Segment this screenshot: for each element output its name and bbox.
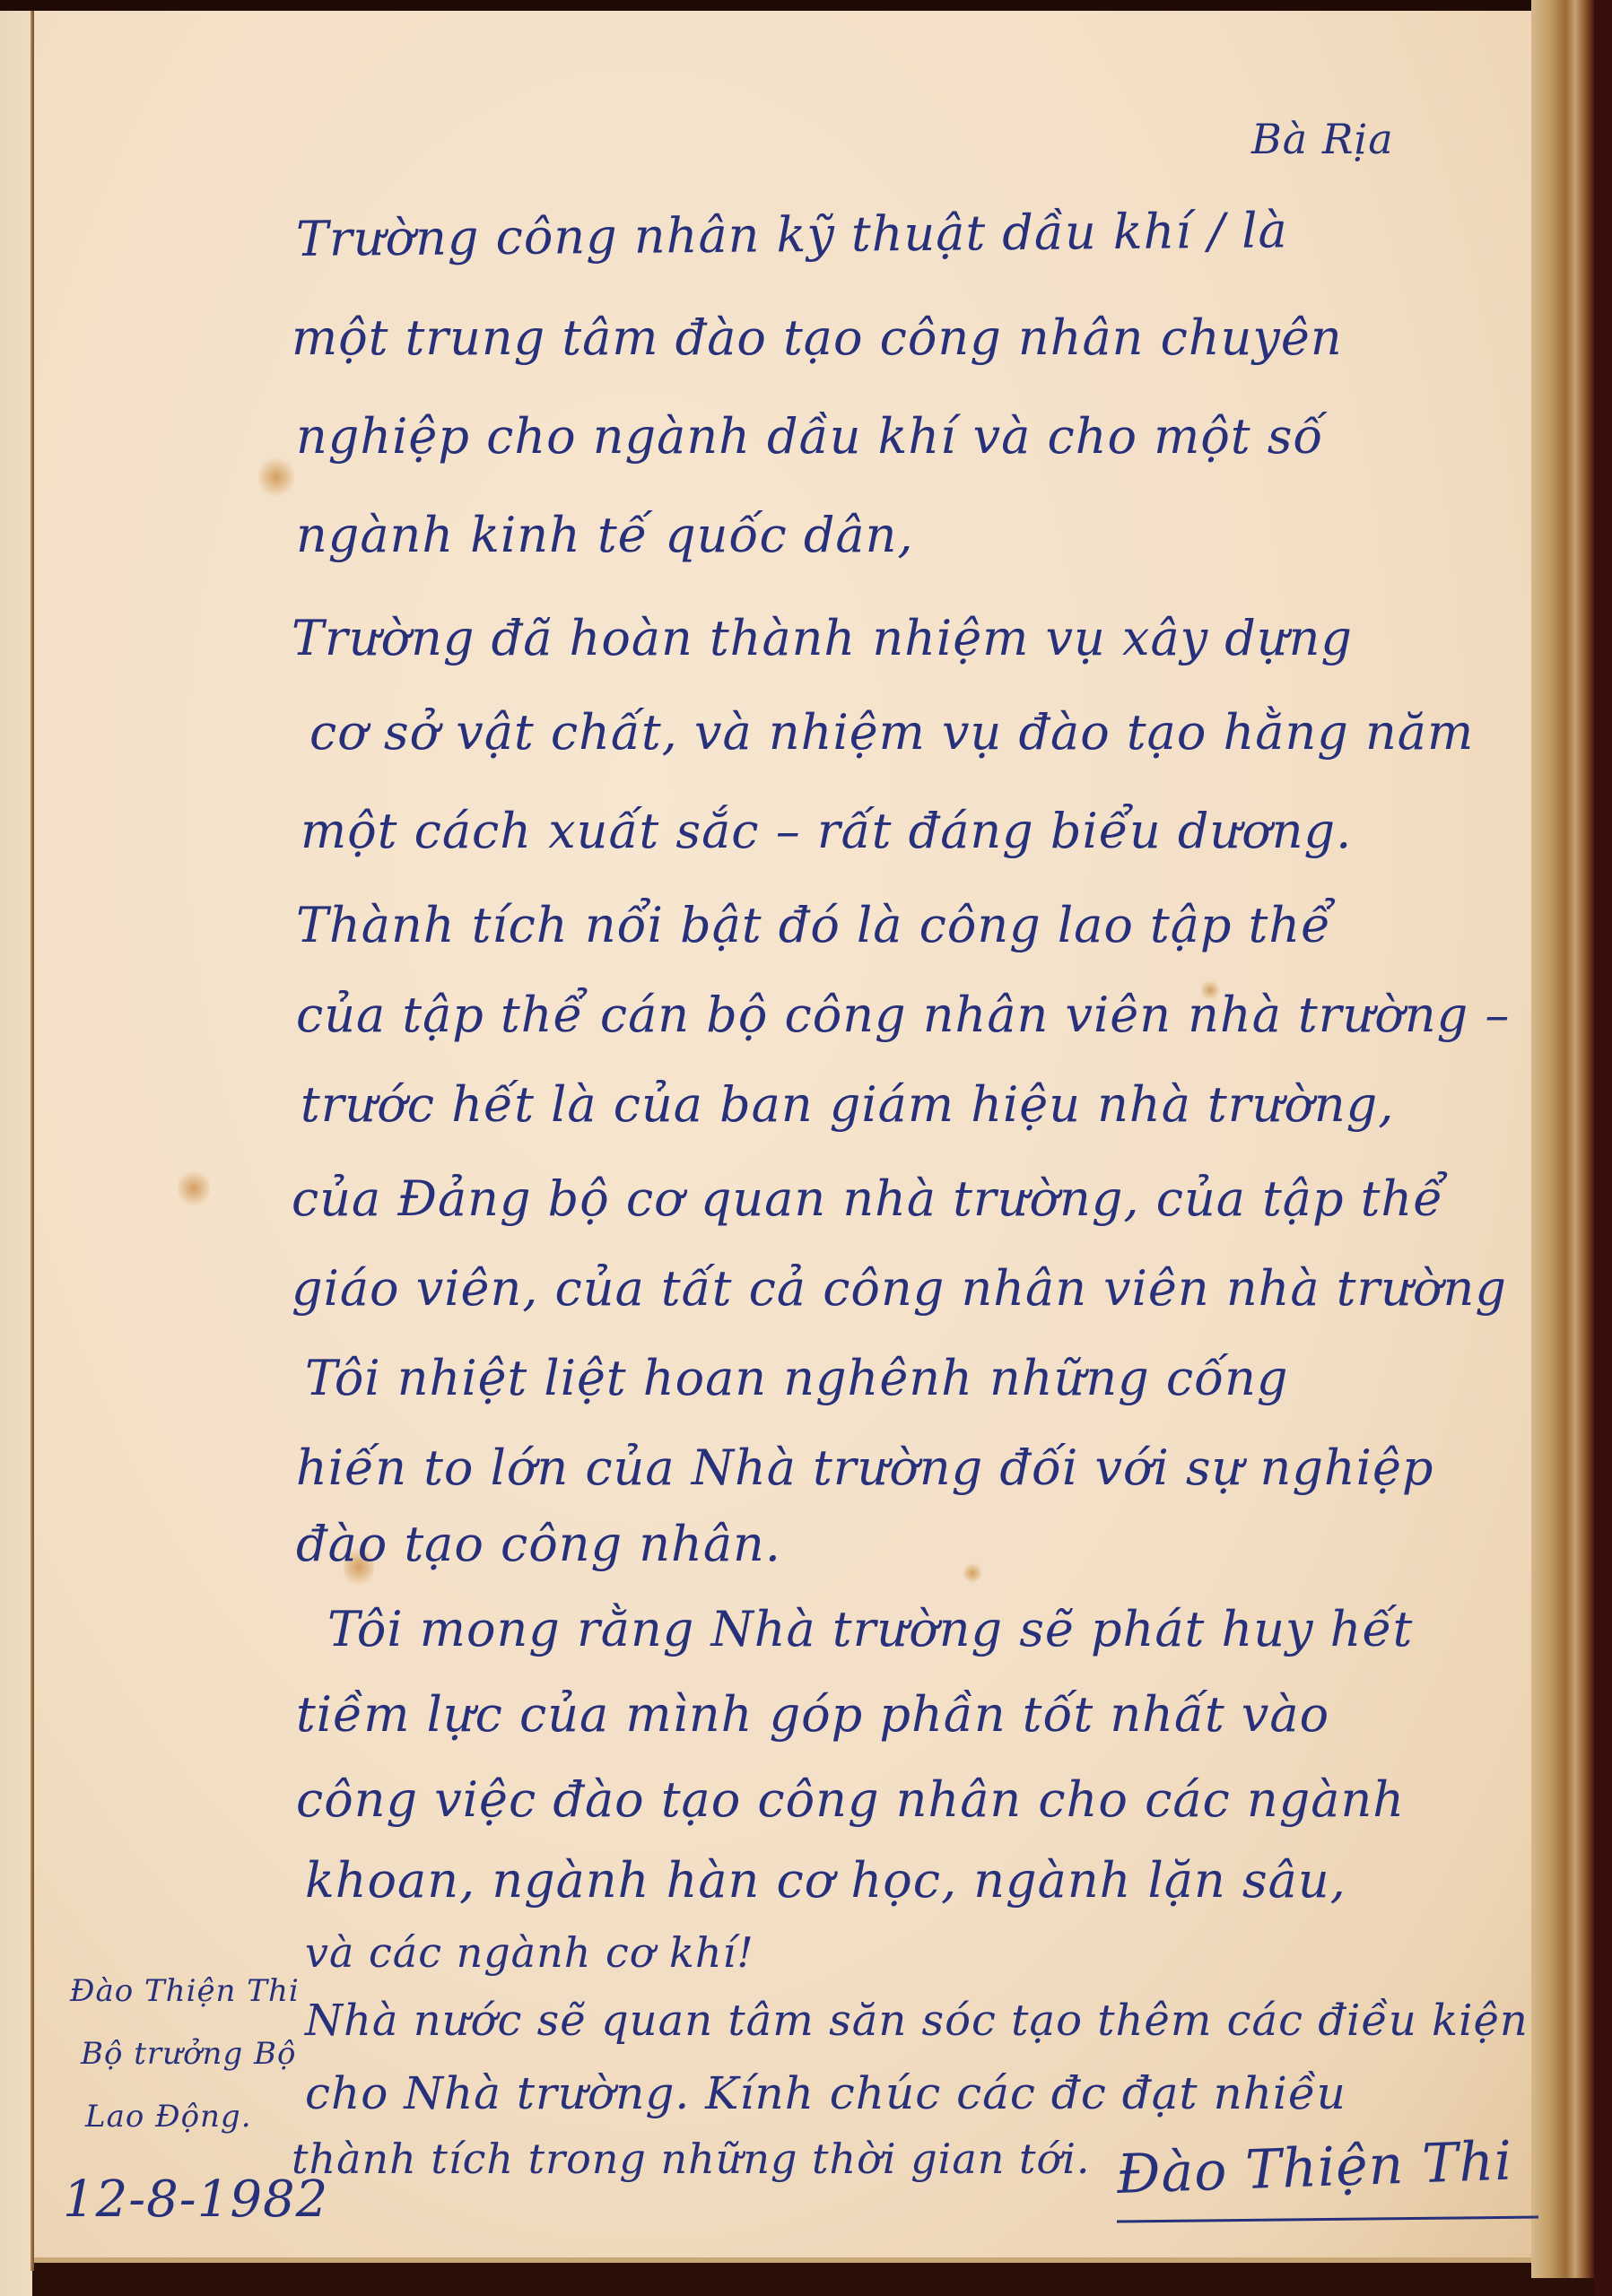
body-line: một trung tâm đào tạo công nhân chuyên [292,309,1343,366]
place-heading: Bà Rịa [1251,115,1394,163]
body-line: Nhà nước sẽ quan tâm săn sóc tạo thêm cá… [305,1996,1529,2046]
date: 12-8-1982 [63,2170,328,2229]
body-line: giáo viên, của tất cả công nhân viên nhà… [292,1260,1507,1317]
body-line: nghiệp cho ngành dầu khí và cho một số [296,408,1323,465]
page-stack-edge [1531,0,1594,2278]
body-line: một cách xuất sắc – rất đáng biểu dương. [301,803,1352,859]
body-line: Thành tích nổi bật đó là công lao tập th… [296,897,1331,953]
body-line: công việc đào tạo công nhân cho các ngàn… [296,1771,1405,1828]
book-cover-top [0,0,1612,11]
book-spine [1594,0,1612,2296]
body-line: Tôi mong rằng Nhà trường sẽ phát huy hết [327,1601,1413,1657]
paper-stain [258,455,294,500]
body-line: khoan, ngành hàn cơ học, ngành lặn sâu, [305,1852,1346,1909]
body-line: ngành kinh tế quốc dân, [296,507,914,563]
body-line: cơ sở vật chất, và nhiệm vụ đào tạo hằng… [309,704,1474,761]
body-line: Trường đã hoàn thành nhiệm vụ xây dựng [292,610,1353,666]
margin-note-line: Lao Động. [85,2099,252,2135]
paper-stain [963,1562,982,1584]
body-line: thành tích trong những thời gian tới. [292,2135,1091,2183]
margin-note-line: Đào Thiện Thi [70,1973,300,2009]
body-line: của Đảng bộ cơ quan nhà trường, của tập … [292,1170,1443,1227]
previous-page-edge [0,11,32,2296]
paper-stain [178,1168,210,1209]
body-line: Trường công nhân kỹ thuật dầu khí / là [296,202,1288,267]
body-line: tiềm lực của mình góp phần tốt nhất vào [296,1686,1329,1743]
body-line: hiến to lớn của Nhà trường đối với sự ng… [296,1439,1433,1496]
body-line: đào tạo công nhân. [296,1516,781,1572]
body-line: và các ngành cơ khí! [305,1928,754,1977]
body-line: trước hết là của ban giám hiệu nhà trườn… [301,1076,1394,1133]
margin-note-line: Bộ trưởng Bộ [81,2036,296,2072]
body-line: của tập thể cán bộ công nhân viên nhà tr… [296,987,1510,1043]
body-line: cho Nhà trường. Kính chúc các đc đạt nhi… [305,2067,1346,2119]
body-line: Tôi nhiệt liệt hoan nghênh những cống [305,1350,1289,1406]
